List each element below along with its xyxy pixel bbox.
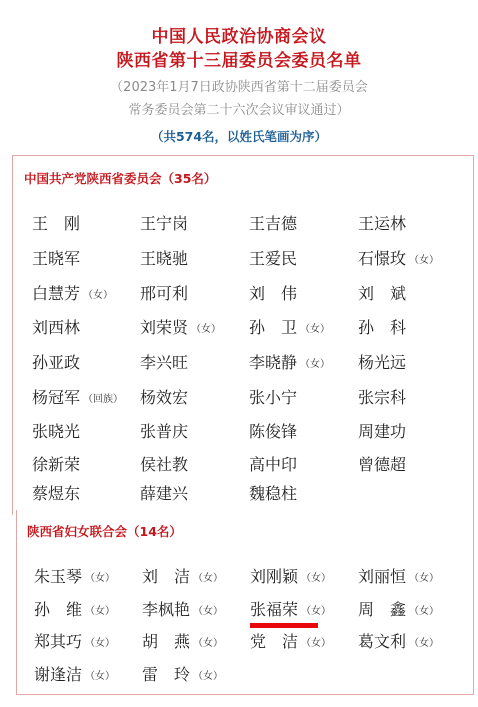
member-name: 刘 伟	[249, 284, 297, 303]
member-entry: 刘荣贤（女）	[140, 318, 221, 340]
member-entry: 徐新荣	[32, 455, 80, 475]
member-tag: （女）	[409, 573, 439, 584]
member-name: 杨光远	[358, 353, 406, 372]
highlight-underline	[250, 623, 318, 628]
member-name: 郑其巧	[34, 632, 82, 651]
member-name: 刘刚颖	[250, 567, 298, 586]
member-name: 王晓军	[32, 249, 80, 268]
member-name: 张晓光	[32, 422, 80, 441]
member-entry: 孙 维（女）	[34, 600, 115, 622]
member-tag: （女）	[193, 573, 223, 584]
member-entry: 杨效宏	[140, 388, 188, 408]
member-tag: （女）	[301, 573, 331, 584]
member-name: 刘 洁	[142, 567, 190, 586]
member-entry: 郑其巧（女）	[34, 632, 115, 654]
member-name: 杨效宏	[140, 388, 188, 407]
member-name: 蔡煜东	[32, 484, 80, 503]
member-name: 张普庆	[140, 422, 188, 441]
member-name: 曾德超	[358, 455, 406, 474]
section-heading-ccp-shaanxi: 中国共产党陕西省委员会（35名）	[24, 169, 216, 187]
member-entry: 刘丽恒（女）	[358, 567, 439, 589]
member-entry: 王宁岗	[140, 214, 188, 234]
member-entry: 李兴旺	[140, 353, 188, 373]
member-entry: 张普庆	[140, 422, 188, 442]
member-name: 张宗科	[358, 388, 406, 407]
member-entry: 谢逢洁（女）	[34, 665, 115, 687]
member-name: 白慧芳	[32, 284, 80, 303]
member-name: 周建功	[358, 422, 406, 441]
member-name: 王晓驰	[140, 249, 188, 268]
member-name: 雷 玲	[142, 665, 190, 684]
subtitle-line-2: 常务委员会第二十六次会议审议通过）	[0, 99, 478, 118]
member-name: 党 洁	[250, 632, 298, 651]
member-name: 谢逢洁	[34, 665, 82, 684]
member-name: 葛文利	[358, 632, 406, 651]
member-name: 胡 燕	[142, 632, 190, 651]
member-name: 徐新荣	[32, 455, 80, 474]
member-tag: （女）	[300, 359, 330, 370]
member-name: 刘丽恒	[358, 567, 406, 586]
member-entry: 王 刚	[32, 214, 80, 234]
member-entry: 魏稳柱	[249, 484, 297, 504]
member-entry: 石憬玫（女）	[358, 249, 439, 271]
member-name: 王爱民	[249, 249, 297, 268]
member-tag: （女）	[85, 573, 115, 584]
member-entry: 曾德超	[358, 455, 406, 475]
member-entry: 王运林	[358, 214, 406, 234]
member-entry: 葛文利（女）	[358, 632, 439, 654]
title-line-1: 中国人民政治协商会议	[0, 22, 478, 47]
member-entry: 薛建兴	[140, 484, 188, 504]
member-tag: （女）	[409, 638, 439, 649]
member-name: 张福荣	[250, 600, 298, 619]
member-entry: 孙 卫（女）	[249, 318, 330, 340]
member-name: 刘西林	[32, 318, 80, 337]
member-name: 王 刚	[32, 214, 80, 233]
section-heading-womens-federation: 陕西省妇女联合会（14名）	[27, 522, 182, 540]
member-tag: （女）	[193, 671, 223, 682]
member-entry: 朱玉琴（女）	[34, 567, 115, 589]
member-entry: 白慧芳（女）	[32, 284, 113, 306]
member-entry: 刘 伟	[249, 284, 297, 304]
member-entry: 周 鑫（女）	[358, 600, 439, 622]
member-name: 李兴旺	[140, 353, 188, 372]
member-name: 周 鑫	[358, 600, 406, 619]
member-tag: （女）	[409, 606, 439, 617]
member-name: 王运林	[358, 214, 406, 233]
member-tag: （女）	[85, 638, 115, 649]
member-entry: 雷 玲（女）	[142, 665, 223, 687]
member-tag: （女）	[85, 606, 115, 617]
member-entry: 刘 洁（女）	[142, 567, 223, 589]
member-entry: 刘 斌	[358, 284, 406, 304]
member-name: 王吉德	[249, 214, 297, 233]
member-name: 王宁岗	[140, 214, 188, 233]
member-entry: 王晓驰	[140, 249, 188, 269]
member-entry: 刘刚颖（女）	[250, 567, 331, 589]
member-tag: （女）	[85, 671, 115, 682]
member-name: 刘 斌	[358, 284, 406, 303]
member-entry: 侯社教	[140, 455, 188, 475]
member-entry: 孙 科	[358, 318, 406, 338]
member-entry: 张晓光	[32, 422, 80, 442]
member-entry: 王晓军	[32, 249, 80, 269]
member-name: 杨冠军	[32, 388, 80, 407]
member-entry: 杨光远	[358, 353, 406, 373]
member-name: 孙 卫	[249, 318, 297, 337]
member-entry: 邢可利	[140, 284, 188, 304]
member-entry: 孙亚政	[32, 353, 80, 373]
member-entry: 张小宁	[249, 388, 297, 408]
member-count-note: （共574名，以姓氏笔画为序）	[0, 127, 478, 145]
member-name: 刘荣贤	[140, 318, 188, 337]
member-entry: 王吉德	[249, 214, 297, 234]
member-tag: （女）	[193, 606, 223, 617]
member-tag: （回族）	[83, 394, 123, 405]
member-name: 朱玉琴	[34, 567, 82, 586]
title-line-2: 陕西省第十三届委员会委员名单	[0, 46, 478, 71]
member-name: 陈俊锋	[249, 422, 297, 441]
member-tag: （女）	[409, 255, 439, 266]
member-name: 孙 维	[34, 600, 82, 619]
member-tag: （女）	[83, 290, 113, 301]
member-entry: 王爱民	[249, 249, 297, 269]
member-name: 张小宁	[249, 388, 297, 407]
member-entry: 高中印	[249, 455, 297, 475]
member-name: 李晓静	[249, 353, 297, 372]
member-entry: 李晓静（女）	[249, 353, 330, 375]
member-name: 魏稳柱	[249, 484, 297, 503]
member-entry: 周建功	[358, 422, 406, 442]
member-tag: （女）	[193, 638, 223, 649]
member-entry: 李枫艳（女）	[142, 600, 223, 622]
member-tag: （女）	[301, 638, 331, 649]
member-tag: （女）	[301, 606, 331, 617]
member-entry: 党 洁（女）	[250, 632, 331, 654]
member-name: 高中印	[249, 455, 297, 474]
member-entry: 张宗科	[358, 388, 406, 408]
member-entry: 蔡煜东	[32, 484, 80, 504]
member-entry: 张福荣（女）	[250, 600, 331, 622]
member-name: 李枫艳	[142, 600, 190, 619]
member-entry: 杨冠军（回族）	[32, 388, 123, 410]
member-entry: 胡 燕（女）	[142, 632, 223, 654]
member-entry: 陈俊锋	[249, 422, 297, 442]
member-name: 孙亚政	[32, 353, 80, 372]
member-tag: （女）	[191, 324, 221, 335]
member-name: 薛建兴	[140, 484, 188, 503]
member-name: 石憬玫	[358, 249, 406, 268]
member-tag: （女）	[300, 324, 330, 335]
subtitle-line-1: （2023年1月7日政协陕西省第十二届委员会	[0, 76, 478, 95]
member-name: 邢可利	[140, 284, 188, 303]
member-name: 孙 科	[358, 318, 406, 337]
member-entry: 刘西林	[32, 318, 80, 338]
member-name: 侯社教	[140, 455, 188, 474]
